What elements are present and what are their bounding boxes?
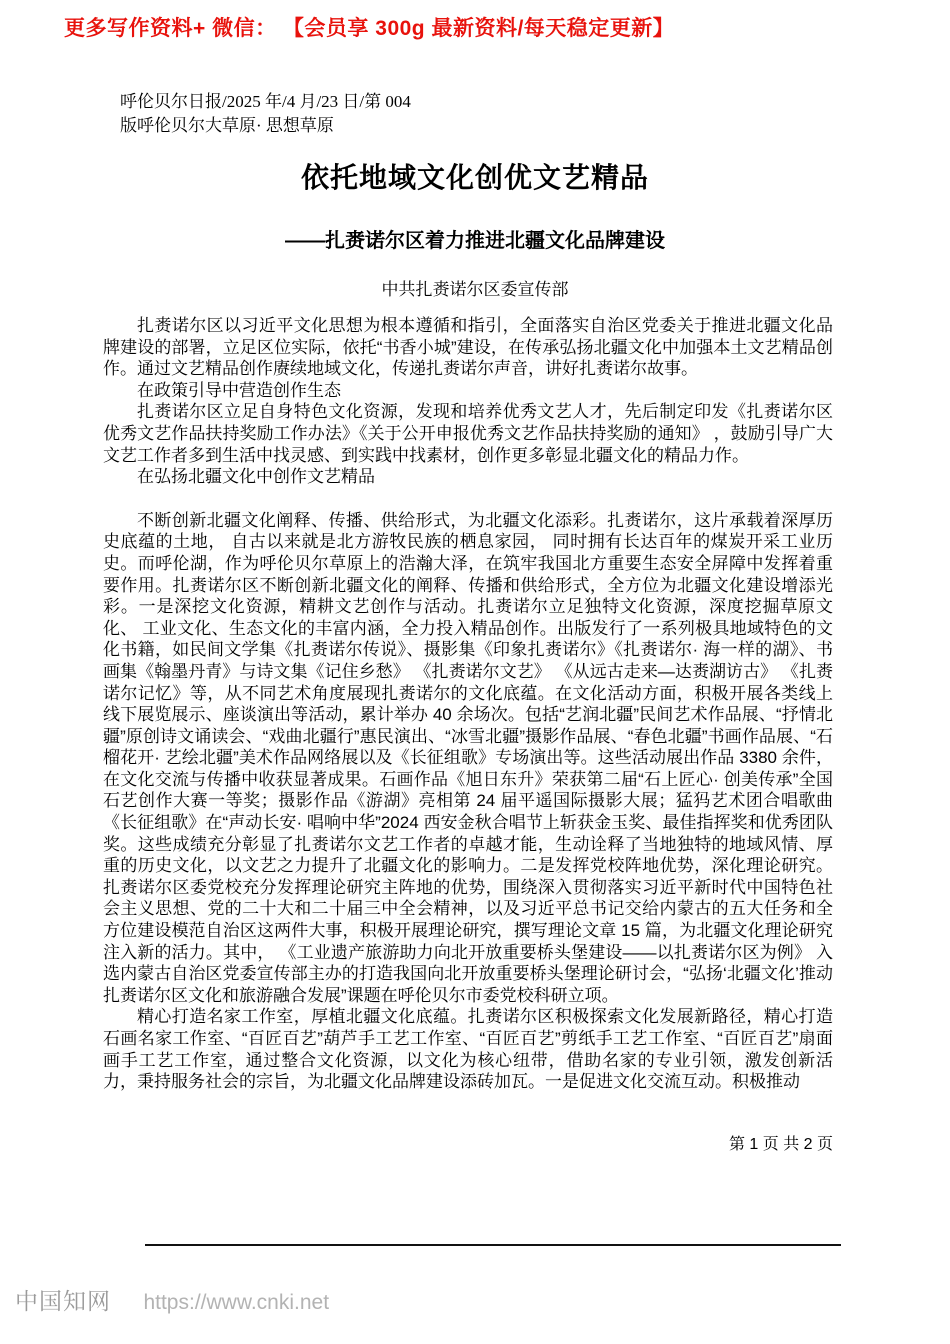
article-subtitle: ——扎赉诺尔区着力推进北疆文化品牌建设: [0, 224, 950, 253]
cnki-watermark: 中国知网 https://www.cnki.net: [15, 1283, 329, 1316]
section-heading-policy: 在政策引导中营造创作生态: [103, 380, 833, 402]
cnki-url-link[interactable]: https://www.cnki.net: [143, 1291, 329, 1314]
article-title: 依托地域文化创优文艺精品: [0, 156, 950, 196]
source-line-2: 版呼伦贝尔大草原· 思想草原: [120, 114, 411, 138]
paragraph-culture-main: 不断创新北疆文化阐释、传播、供给形式，为北疆文化添彩。扎赉诺尔，这片承载着深厚历…: [103, 510, 833, 1007]
source-line-1: 呼伦贝尔日报/2025 年/4 月/23 日/第 004: [120, 90, 411, 114]
section-heading-culture: 在弘扬北疆文化中创作文艺精品: [103, 466, 833, 488]
page-number: 第 1 页 共 2 页: [729, 1131, 833, 1154]
footer-divider-line: [145, 1244, 841, 1246]
paragraph-studios: 精心打造名家工作室，厚植北疆文化底蕴。扎赉诺尔区积极探索文化发展新路径，精心打造…: [103, 1006, 833, 1092]
paragraph-intro: 扎赉诺尔区以习近平文化思想为根本遵循和指引，全面落实自治区党委关于推进北疆文化品…: [103, 315, 833, 380]
cnki-logo-text: 中国知网: [15, 1288, 111, 1314]
source-info: 呼伦贝尔日报/2025 年/4 月/23 日/第 004 版呼伦贝尔大草原· 思…: [120, 90, 411, 138]
paragraph-policy: 扎赉诺尔区立足自身特色文化资源，发现和培养优秀文艺人才，先后制定印发《扎赉诺尔区…: [103, 401, 833, 466]
promo-banner-text: 更多写作资料+ 微信： 【会员享 300g 最新资料/每天稳定更新】: [64, 12, 674, 42]
article-body: 扎赉诺尔区以习近平文化思想为根本遵循和指引，全面落实自治区党委关于推进北疆文化品…: [103, 315, 833, 1093]
article-author: 中共扎赉诺尔区委宣传部: [0, 275, 950, 300]
